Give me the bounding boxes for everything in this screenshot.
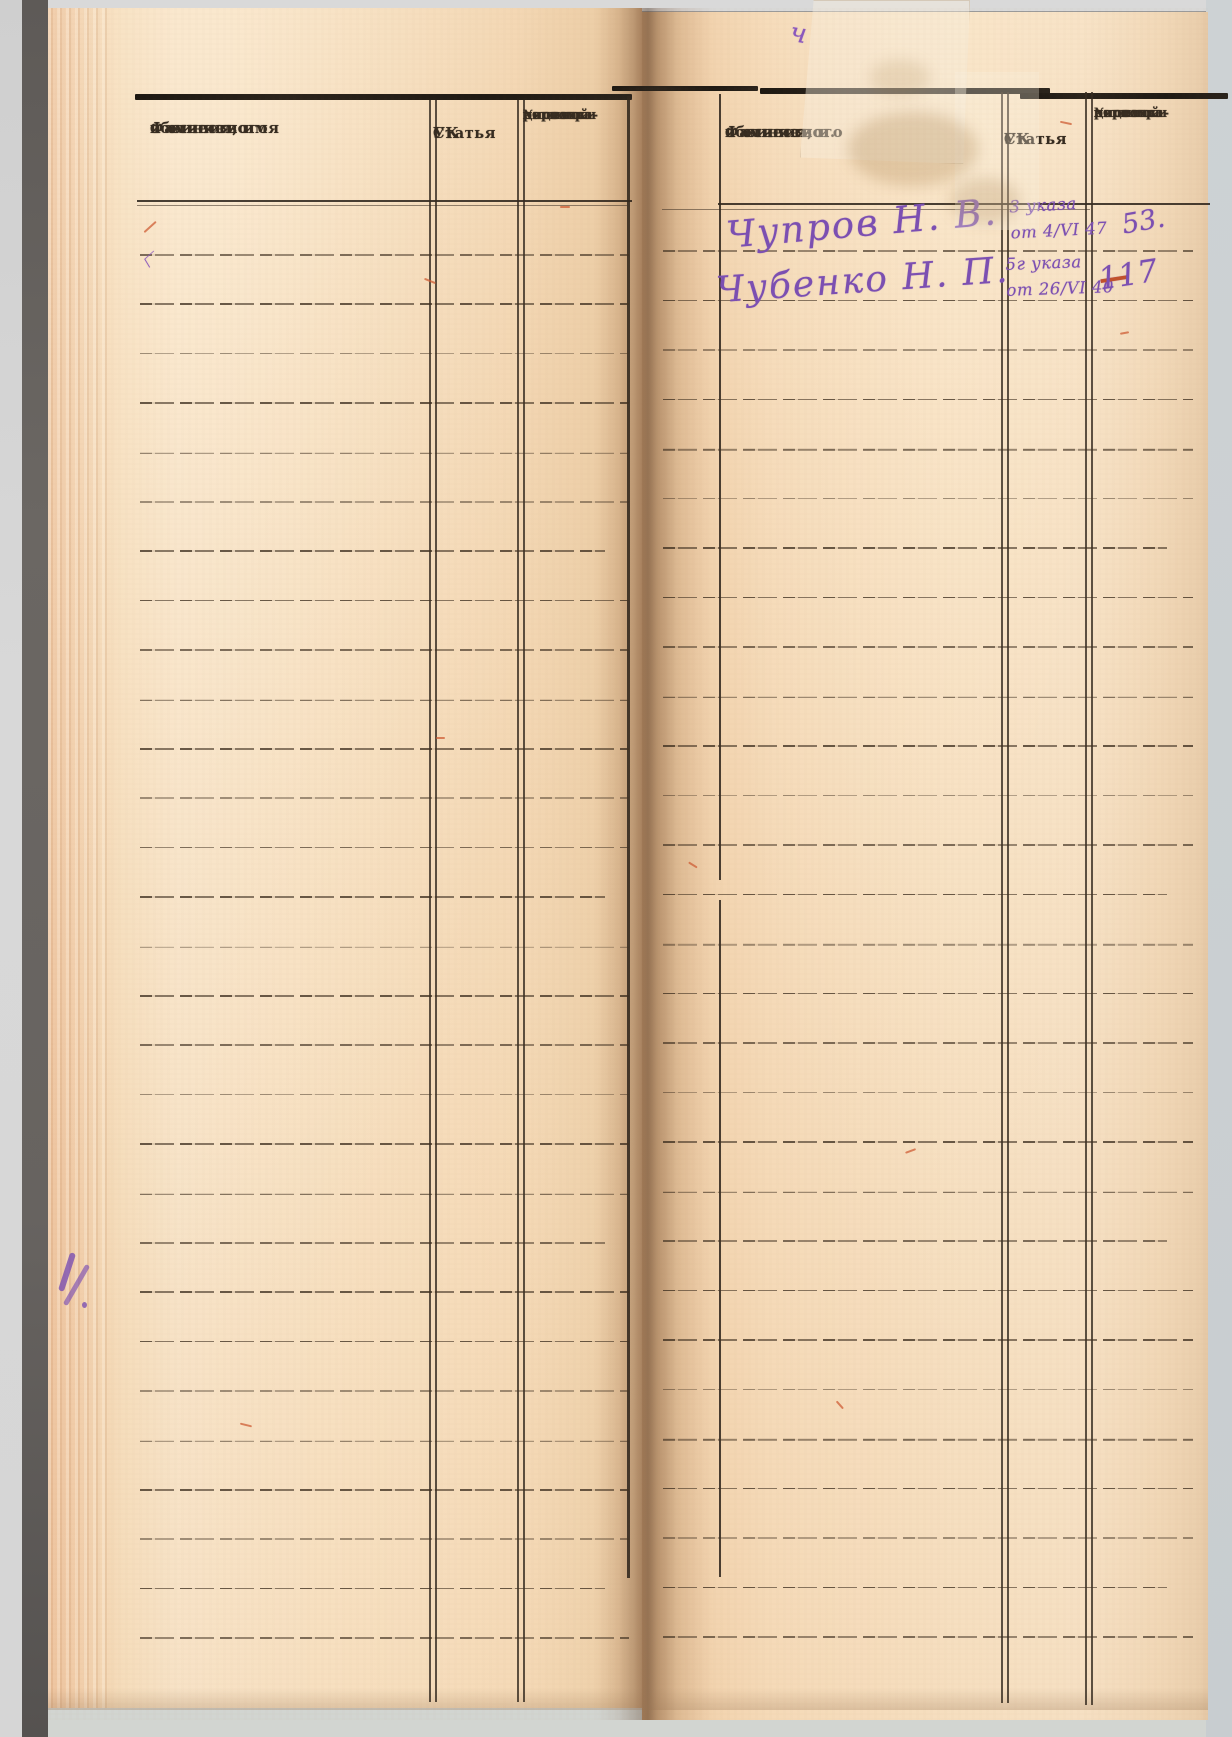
table-row-line <box>663 646 1193 648</box>
table-row-line <box>140 1193 629 1195</box>
table-row-line <box>140 1637 629 1639</box>
table-row-line <box>140 797 629 799</box>
table-row-line <box>140 1094 629 1096</box>
ink-stain-brown <box>870 60 930 96</box>
table-row-line <box>140 1143 629 1145</box>
purple-ink-dot <box>82 1302 87 1308</box>
table-row-line <box>663 795 1193 797</box>
table-row-line <box>140 1291 629 1293</box>
table-row-line <box>140 649 629 651</box>
ink-stain-brown <box>848 112 978 186</box>
table-row-line <box>663 1587 1167 1589</box>
table-row-line <box>663 894 1167 896</box>
table-row-line <box>663 349 1193 351</box>
table-row-line <box>663 399 1193 401</box>
table-row-line <box>140 1538 629 1540</box>
table-row-line <box>663 1092 1193 1094</box>
table-row-line <box>663 449 1193 451</box>
table-row-line <box>663 1439 1193 1441</box>
table-row-line <box>140 896 605 898</box>
table-row-line <box>140 303 629 305</box>
table-row-line <box>663 1537 1193 1539</box>
table-row-line <box>140 353 629 355</box>
scanner-shadow-left <box>22 0 48 1737</box>
table-row-line <box>663 1191 1193 1193</box>
table-row-line <box>663 597 1193 599</box>
table-row-line <box>663 1290 1193 1292</box>
table-row-line <box>663 944 1193 946</box>
table-row-line <box>140 995 629 997</box>
table-row-line <box>140 402 629 404</box>
left-ruled-rows <box>140 0 629 1737</box>
table-row-line <box>663 745 1193 747</box>
table-row-line <box>140 550 605 552</box>
table-row-line <box>663 547 1167 549</box>
table-row-line <box>663 498 1193 500</box>
table-row-line <box>140 847 629 849</box>
table-row-line <box>140 1440 629 1442</box>
paper-fiber <box>436 737 445 739</box>
table-row-line <box>140 600 629 602</box>
table-row-line <box>140 946 629 948</box>
table-row-line <box>663 1488 1193 1490</box>
table-row-line <box>140 1044 629 1046</box>
table-row-line <box>663 993 1193 995</box>
table-row-line <box>663 1636 1193 1638</box>
table-row-line <box>140 452 629 454</box>
table-row-line <box>140 1242 605 1244</box>
ink-stain-brown <box>950 178 1020 224</box>
table-row-line <box>663 696 1193 698</box>
table-row-line <box>140 1489 629 1491</box>
table-row-line <box>140 1341 629 1343</box>
table-row-line <box>663 1389 1193 1391</box>
table-row-line <box>140 1390 629 1392</box>
table-row-line <box>140 254 629 256</box>
table-row-line <box>663 1042 1193 1044</box>
table-row-line <box>140 699 629 701</box>
margin-mark: 〈 <box>133 246 151 272</box>
table-row-line <box>140 1588 605 1590</box>
scanner-edge-right <box>1206 0 1232 1737</box>
table-row-line <box>663 844 1193 846</box>
table-row-line <box>140 748 629 750</box>
table-row-line <box>140 501 629 503</box>
scanned-register-spread: Фамилия, имя и отчество обвиняемого Стат… <box>0 0 1232 1737</box>
table-row-line <box>663 1339 1193 1341</box>
table-row-line <box>663 1240 1167 1242</box>
table-row-line <box>663 1141 1193 1143</box>
paper-fiber <box>560 206 570 208</box>
scanner-edge-left-light <box>0 0 22 1737</box>
